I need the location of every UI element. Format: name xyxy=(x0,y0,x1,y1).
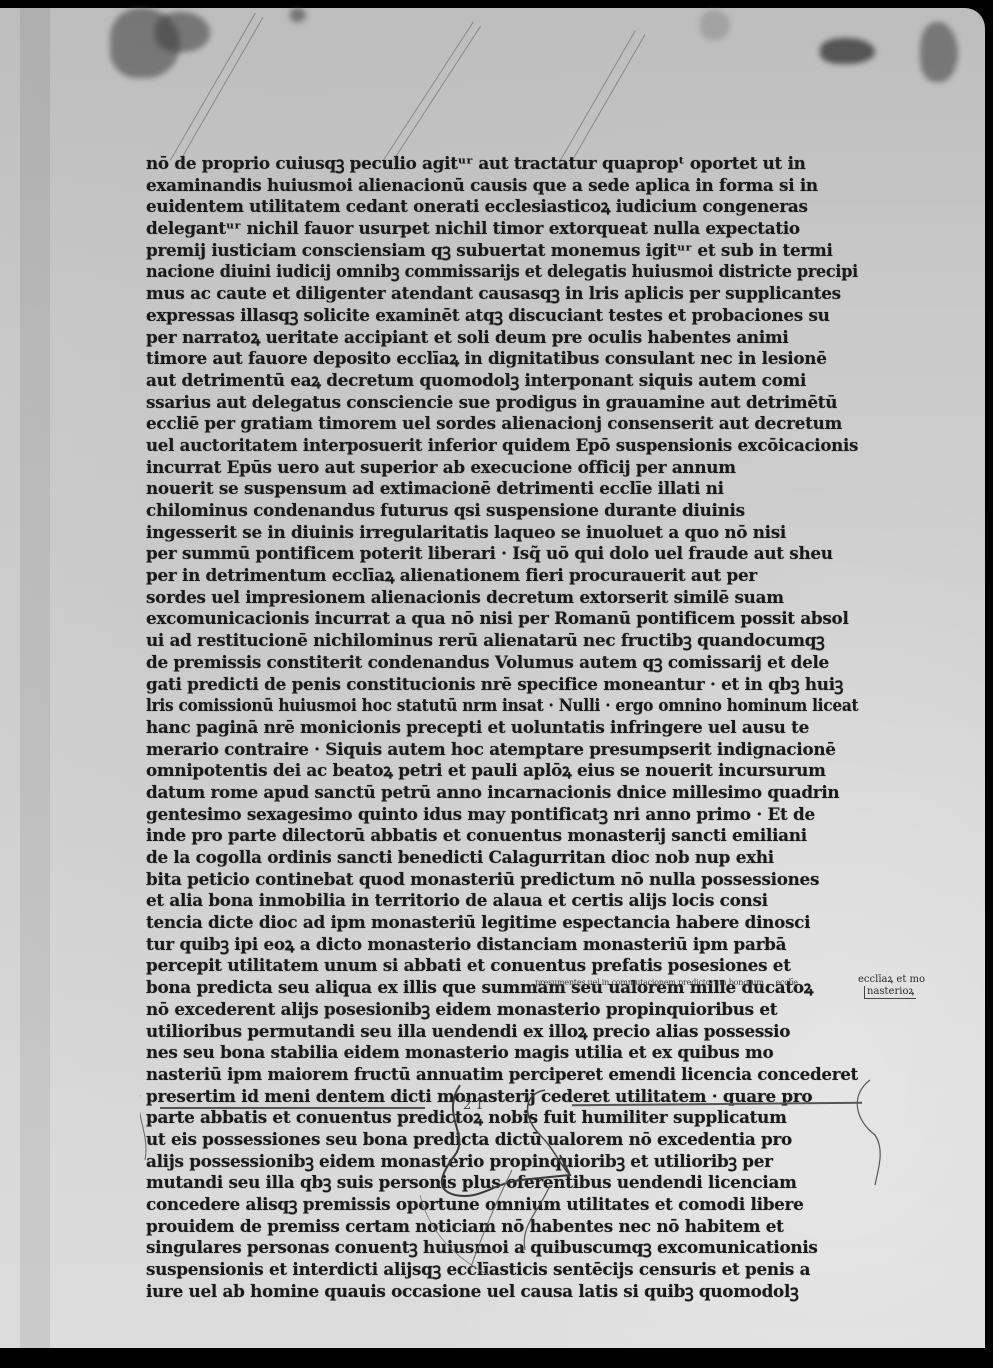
text-line: gati predicti de penis constitucionis nr… xyxy=(146,675,858,697)
text-line: aut detrimentū eaꝝ decretum quomodolꝫ in… xyxy=(146,371,858,393)
margin-note-line: ecclīaꝝ et mo xyxy=(858,974,925,986)
text-line: per narratoꝝ ueritate accipiant et soli … xyxy=(146,328,858,350)
text-line: euidentem utilitatem cedant onerati eccl… xyxy=(146,197,858,219)
text-line: percepit utilitatem unum si abbati et co… xyxy=(146,956,858,978)
margin-note-line: nasterioꝝ xyxy=(864,986,916,999)
text-line: tur quibꝫ ipi eoꝝ a dicto monasterio dis… xyxy=(146,935,858,957)
page-fold-shadow xyxy=(20,8,50,1348)
text-line: tencia dicte dioc ad ipm monasteriū legi… xyxy=(146,913,858,935)
water-stain xyxy=(820,38,875,64)
text-line: nes seu bona stabilia eidem monasterio m… xyxy=(146,1043,858,1065)
text-line: examinandis huiusmoi alienacionū causis … xyxy=(146,176,858,198)
water-stain xyxy=(155,12,210,52)
water-stain xyxy=(290,8,306,22)
folio-mark: 2 1 xyxy=(463,1098,484,1113)
text-line: per in detrimentum ecclīaꝝ alienationem … xyxy=(146,566,858,588)
text-line: incurrat Epūs uero aut superior ab execu… xyxy=(146,458,858,480)
text-line: hanc paginā nrē monicionis precepti et u… xyxy=(146,718,858,740)
text-line: nō excederent alijs posesionibꝫ eidem mo… xyxy=(146,1000,858,1022)
ruling-line xyxy=(560,30,636,160)
text-line: utilioribus permutandi seu illa uendendi… xyxy=(146,1022,858,1044)
text-line: ingesserit se in diuinis irregularitatis… xyxy=(146,523,858,545)
text-line: sordes uel impresionem alienacionis decr… xyxy=(146,588,858,610)
water-stain xyxy=(920,22,958,82)
text-line: bita peticio continebat quod monasteriū … xyxy=(146,870,858,892)
water-stain xyxy=(700,10,730,40)
text-line: omnipotentis dei ac beatoꝝ petri et paul… xyxy=(146,761,858,783)
text-line: per summū pontificem poterit liberari · … xyxy=(146,544,858,566)
text-line: de premissis constiterit condenandus Vol… xyxy=(146,653,858,675)
text-line: ui ad restitucionē nichilominus rerū ali… xyxy=(146,631,858,653)
text-line: inde pro parte dilectorū abbatis et conu… xyxy=(146,826,858,848)
text-line: datum rome apud sanctū petrū anno incarn… xyxy=(146,783,858,805)
text-line: ssarius aut delegatus consciencie sue pr… xyxy=(146,393,858,415)
text-line: iure uel ab homine quauis occasione uel … xyxy=(146,1282,858,1304)
text-line: uel auctoritatem interposuerit inferior … xyxy=(146,436,851,458)
text-line: eccliē per gratiam timorem uel sordes al… xyxy=(146,414,858,436)
interlinear-addition: presumentes uel in commutacionem predict… xyxy=(535,978,798,987)
notarial-flourish-icon xyxy=(140,1075,920,1275)
text-line: timore aut fauore deposito ecclīaꝝ in di… xyxy=(146,349,858,371)
text-line: gentesimo sexagesimo quinto idus may pon… xyxy=(146,805,858,827)
text-line: nō de proprio cuiusqꝫ peculio agitᵘʳ aut… xyxy=(146,154,858,176)
ruling-line xyxy=(572,34,645,160)
ruling-line xyxy=(383,22,474,161)
text-line: nacione diuini iudicij omnibꝫ commissari… xyxy=(146,262,825,284)
text-line: et alia bona inmobilia in territorio de … xyxy=(146,891,858,913)
text-line: delegantᵘʳ nichil fauor usurpet nichil t… xyxy=(146,219,858,241)
text-line: excomunicacionis incurrat a qua nō nisi … xyxy=(146,609,858,631)
text-line: de la cogolla ordinis sancti benedicti C… xyxy=(146,848,858,870)
text-line: premij iusticiam consciensiam qꝫ subuert… xyxy=(146,241,858,263)
ruling-line xyxy=(393,26,481,161)
margin-note: ecclīaꝝ et mo nasterioꝝ xyxy=(858,974,925,999)
text-line: lris comissionū huiusmoi hoc statutū nrm… xyxy=(146,696,797,718)
text-line: merario contraire · Siquis autem hoc ate… xyxy=(146,740,858,762)
text-line: expressas illasqꝫ solicite examinēt atqꝫ… xyxy=(146,306,858,328)
text-line: chilominus condenandus futurus qsi suspe… xyxy=(146,501,858,523)
text-line: nouerit se suspensum ad extimacionē detr… xyxy=(146,479,858,501)
text-line: mus ac caute et diligenter atendant caus… xyxy=(146,284,858,306)
